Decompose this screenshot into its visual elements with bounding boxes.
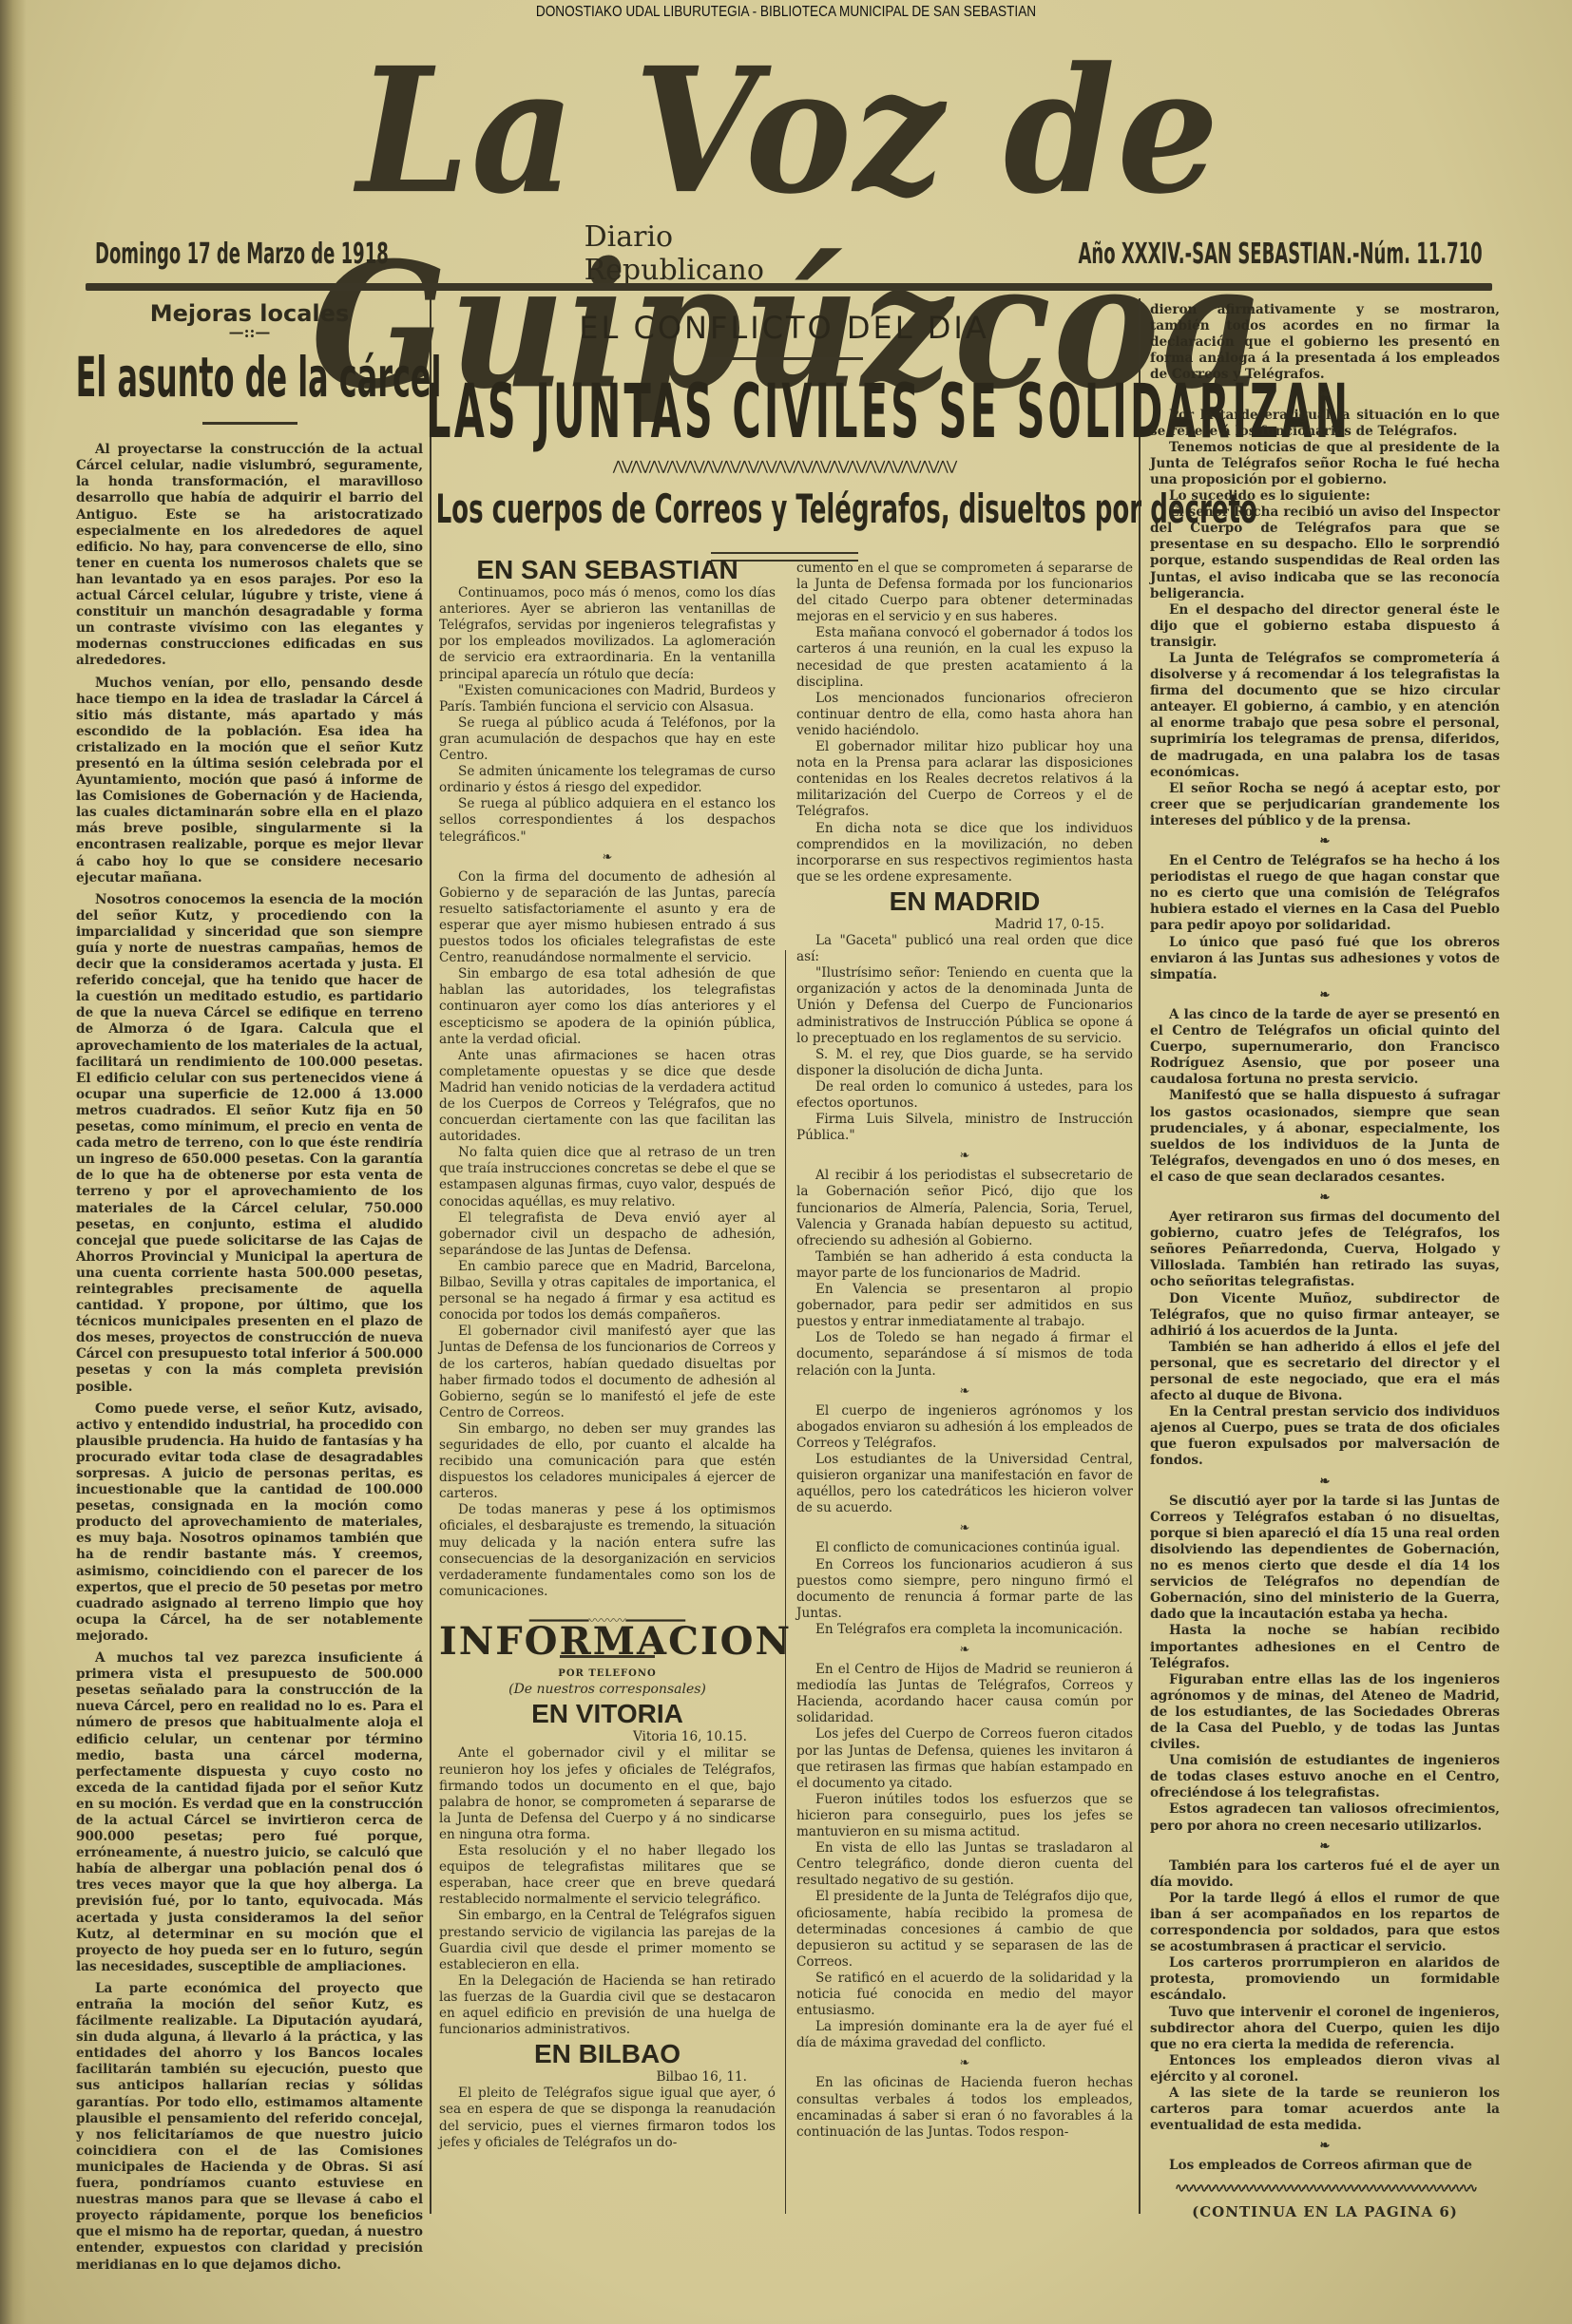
article-kicker: Mejoras locales xyxy=(76,306,423,322)
library-banner: DONOSTIAKO UDAL LIBURUTEGIA - BIBLIOTECA… xyxy=(118,4,1454,21)
section-bilbao: EN BILBAO xyxy=(439,2046,776,2062)
wavy-rule: ∿∿∿∿∿∿∿∿∿∿∿∿∿∿∿∿∿∿∿∿∿∿∿∿∿∿∿∿∿∿∿∿∿∿∿∿∿∿∿∿ xyxy=(1150,2181,1500,2197)
paragraph: Estos agradecen tan valiosos ofrecimient… xyxy=(1150,1801,1500,1834)
paragraph: dieron afirmativamente y se mostraron, t… xyxy=(1150,302,1500,383)
fleuron-icon: ❧ xyxy=(1150,387,1500,403)
paragraph: Tenemos noticias de que al presidente de… xyxy=(1150,440,1500,488)
paragraph: De todas maneras y pese á los optimismos… xyxy=(439,1502,776,1600)
paragraph: En las oficinas de Hacienda fueron hecha… xyxy=(796,2075,1133,2140)
fleuron-icon: ❧ xyxy=(1150,1474,1500,1490)
paragraph: De real orden lo comunico á ustedes, par… xyxy=(796,1079,1133,1112)
column-rule xyxy=(785,950,786,2214)
paragraph: Los de Toledo se han negado á firmar el … xyxy=(796,1330,1133,1379)
right-column: dieron afirmativamente y se mostraron, t… xyxy=(1150,302,1500,2220)
fleuron-icon: ❧ xyxy=(1150,833,1500,849)
info-correspondents: (De nuestros corresponsales) xyxy=(439,1682,776,1698)
paragraph: La Junta de Telégrafos se comprometería … xyxy=(1150,651,1500,781)
paragraph: No falta quien dice que al retraso de un… xyxy=(439,1145,776,1210)
paragraph: Lo sucedido es lo siguiente: xyxy=(1150,488,1500,505)
paragraph: Tuvo que intervenir el coronel de ingeni… xyxy=(1150,2005,1500,2053)
fleuron-icon: ❧ xyxy=(1150,1838,1500,1855)
paragraph: Una comisión de estudiantes de ingeniero… xyxy=(1150,1753,1500,1801)
paragraph: Ante el gobernador civil y el militar se… xyxy=(439,1745,776,1843)
paragraph: Se admiten únicamente los telegramas de … xyxy=(439,764,776,796)
paragraph: Figuraban entre ellas las de los ingenie… xyxy=(1150,1672,1500,1753)
paragraph: También para los carteros fué el de ayer… xyxy=(1150,1858,1500,1891)
paragraph: Don Vicente Muñoz, subdirector de Telégr… xyxy=(1150,1291,1500,1340)
paragraph: Por la tarde llegó á ellos el rumor de q… xyxy=(1150,1891,1500,1955)
continued-on-page: (CONTINUA EN LA PAGINA 6) xyxy=(1150,2204,1500,2220)
fleuron-icon: ❧ xyxy=(796,1520,1133,1536)
masthead-rule xyxy=(86,283,1492,291)
paragraph: "Ilustrísimo señor: Teniendo en cuenta q… xyxy=(796,965,1133,1046)
paragraph: También se han adherido á ellos el jefe … xyxy=(1150,1340,1500,1404)
issue-date: Domingo 17 de Marzo de 1918 xyxy=(95,238,389,271)
paragraph: Firma Luis Silvela, ministro de Instrucc… xyxy=(796,1112,1133,1144)
paragraph: Fueron inútiles todos los esfuerzos que … xyxy=(796,1792,1133,1840)
divider xyxy=(706,357,863,360)
paragraph: El señor Rocha recibió un aviso del Insp… xyxy=(1150,505,1500,602)
paragraph: Continuamos, poco más ó menos, como los … xyxy=(439,585,776,683)
paragraph: La "Gaceta" publicó una real orden que d… xyxy=(796,933,1133,965)
fleuron-icon: ❧ xyxy=(796,1148,1133,1164)
paragraph: El pleito de Telégrafos sigue igual que … xyxy=(439,2086,776,2150)
paragraph: Los jefes del Cuerpo de Correos fueron c… xyxy=(796,1726,1133,1791)
fleuron-icon: ❧ xyxy=(796,1383,1133,1400)
paragraph: Se ruega al público acuda á Teléfonos, p… xyxy=(439,715,776,764)
paragraph: En el Centro de Hijos de Madrid se reuni… xyxy=(796,1662,1133,1726)
fleuron-icon: ❧ xyxy=(1150,2138,1500,2154)
paragraph: Ante unas afirmaciones se hacen otras co… xyxy=(439,1048,776,1146)
fleuron-icon: ❧ xyxy=(1150,987,1500,1003)
paragraph: Los estudiantes de la Universidad Centra… xyxy=(796,1452,1133,1516)
paragraph: También se han adherido á esta conducta … xyxy=(796,1249,1133,1282)
paragraph: El presidente de la Junta de Telégrafos … xyxy=(796,1889,1133,1970)
paragraph: Esta resolución y el no haber llegado lo… xyxy=(439,1843,776,1908)
article-headline: El asunto de la cárcel xyxy=(76,346,424,409)
section-san-sebastian: EN SAN SEBASTIAN xyxy=(439,562,776,578)
page-edge-shadow xyxy=(0,0,27,2324)
paragraph: El señor Rocha se negó á aceptar esto, p… xyxy=(1150,781,1500,829)
paragraph: Al proyectarse la construcción de la act… xyxy=(76,442,423,669)
story-headline: LAS JUNTAS CIVILES SE SOLIDARIZAN xyxy=(426,370,1142,455)
paragraph: La impresión dominante era la de ayer fu… xyxy=(796,2019,1133,2051)
issue-number: Año XXXIV.-SAN SEBASTIAN.-Núm. 11.710 xyxy=(1079,238,1483,271)
paragraph: La parte económica del proyecto que entr… xyxy=(76,1981,423,2274)
center-story-header: EL CONFLICTO DEL DIA LAS JUNTAS CIVILES … xyxy=(431,298,1137,562)
paragraph: El conflicto de comunicaciones continúa … xyxy=(796,1540,1133,1556)
masthead-subheader: Domingo 17 de Marzo de 1918 Diario Repub… xyxy=(95,233,1483,275)
center-column-left: EN SAN SEBASTIAN Continuamos, poco más ó… xyxy=(439,554,776,2151)
paragraph: En Correos los funcionarios acudieron á … xyxy=(796,1557,1133,1622)
paragraph: Como puede verse, el señor Kutz, avisado… xyxy=(76,1401,423,1645)
divider xyxy=(202,422,297,425)
dateline-vitoria: Vitoria 16, 10.15. xyxy=(439,1729,747,1745)
information-heading: INFORMACION xyxy=(439,1633,776,1649)
paragraph: A las cinco de la tarde de ayer se prese… xyxy=(1150,1007,1500,1088)
paragraph: Ayer retiraron sus firmas del documento … xyxy=(1150,1210,1500,1290)
fleuron-icon: ❧ xyxy=(796,1642,1133,1658)
paragraph: Al recibir á los periodistas el subsecre… xyxy=(796,1168,1133,1248)
paragraph: Con la firma del documento de adhesión a… xyxy=(439,869,776,967)
fleuron-icon: ❧ xyxy=(796,2055,1133,2071)
tagline: Diario Republicano xyxy=(585,220,810,287)
zigzag-rule: ⋀⋁⋀⋁⋀⋁⋀⋁⋀⋁⋀⋁⋀⋁⋀⋁⋀⋁⋀⋁⋀⋁⋀⋁⋀⋁⋀⋁⋀⋁⋀⋁⋀⋁⋀⋁⋀⋁ xyxy=(431,459,1137,474)
paragraph: Se ratificó en el acuerdo de la solidari… xyxy=(796,1971,1133,2019)
paragraph: En vista de ello las Juntas se trasladar… xyxy=(796,1840,1133,1889)
paragraph: Manifestó que se halla dispuesto á sufra… xyxy=(1150,1088,1500,1186)
section-vitoria: EN VITORIA xyxy=(439,1705,776,1722)
paragraph: Nosotros conocemos la esencia de la moci… xyxy=(76,892,423,1396)
info-by-telephone: POR TELEFONO xyxy=(439,1666,776,1682)
dateline-bilbao: Bilbao 16, 11. xyxy=(439,2069,747,2086)
article-carcel: Mejoras locales —::— El asunto de la cár… xyxy=(76,296,423,2274)
paragraph: Los empleados de Correos afirman que de xyxy=(1150,2158,1500,2174)
paragraph: Por la tarde era igual la situación en l… xyxy=(1150,408,1500,440)
paragraph: Sin embargo, no deben ser muy grandes la… xyxy=(439,1421,776,1502)
ornament: —::— xyxy=(76,324,423,340)
paragraph: En cambio parece que en Madrid, Barcelon… xyxy=(439,1259,776,1324)
paragraph: Muchos venían, por ello, pensando desde … xyxy=(76,676,423,886)
paragraph: A muchos tal vez parezca insuficiente á … xyxy=(76,1650,423,1975)
paragraph: El gobernador civil manifestó ayer que l… xyxy=(439,1324,776,1421)
paragraph: El gobernador militar hizo publicar hoy … xyxy=(796,739,1133,820)
paragraph: Los carteros prorrumpieron en alaridos d… xyxy=(1150,1955,1500,2004)
paragraph: Esta mañana convocó el gobernador á todo… xyxy=(796,625,1133,690)
paragraph: En la Central prestan servicio dos indiv… xyxy=(1150,1404,1500,1469)
paragraph: S. M. el rey, que Dios guarde, se ha ser… xyxy=(796,1047,1133,1079)
paragraph: cumento en el que se comprometen á separ… xyxy=(796,561,1133,625)
paragraph: En dicha nota se dice que los individuos… xyxy=(796,821,1133,886)
paragraph: En Valencia se presentaron al propio gob… xyxy=(796,1282,1133,1330)
paragraph: "Existen comunicaciones con Madrid, Burd… xyxy=(439,683,776,715)
paragraph: En la Delegación de Hacienda se han reti… xyxy=(439,1973,776,2038)
paragraph: El cuerpo de ingenieros agrónomos y los … xyxy=(796,1403,1133,1452)
fleuron-icon: ❧ xyxy=(439,849,776,866)
paragraph: Se ruega al público adquiera en el estan… xyxy=(439,796,776,845)
paragraph: El telegrafista de Deva envió ayer al go… xyxy=(439,1210,776,1259)
paragraph: Lo único que pasó fué que los obreros en… xyxy=(1150,935,1500,983)
paragraph: Se discutió ayer por la tarde si las Jun… xyxy=(1150,1494,1500,1624)
paragraph: Hasta la noche se habían recibido import… xyxy=(1150,1623,1500,1671)
dateline-madrid: Madrid 17, 0-15. xyxy=(796,917,1104,933)
paragraph: A las siete de la tarde se reunieron los… xyxy=(1150,2086,1500,2134)
paragraph: En Telégrafos era completa la incomunica… xyxy=(796,1622,1133,1638)
fleuron-icon: ❧ xyxy=(1150,1190,1500,1206)
center-column-right: cumento en el que se comprometen á separ… xyxy=(796,561,1133,2141)
paragraph: Entonces los empleados dieron vivas al e… xyxy=(1150,2053,1500,2086)
paragraph: En el despacho del director general éste… xyxy=(1150,602,1500,651)
paragraph: Sin embargo de esa total adhesión de que… xyxy=(439,966,776,1047)
paragraph: En el Centro de Telégrafos se ha hecho á… xyxy=(1150,853,1500,934)
story-kicker: EL CONFLICTO DEL DIA xyxy=(431,310,1137,346)
story-subheadline: Los cuerpos de Correos y Telégrafos, dis… xyxy=(436,484,1133,535)
section-madrid: EN MADRID xyxy=(796,893,1133,909)
paragraph: Los mencionados funcionarios ofrecieron … xyxy=(796,691,1133,739)
paragraph: Sin embargo, en la Central de Telégrafos… xyxy=(439,1908,776,1972)
